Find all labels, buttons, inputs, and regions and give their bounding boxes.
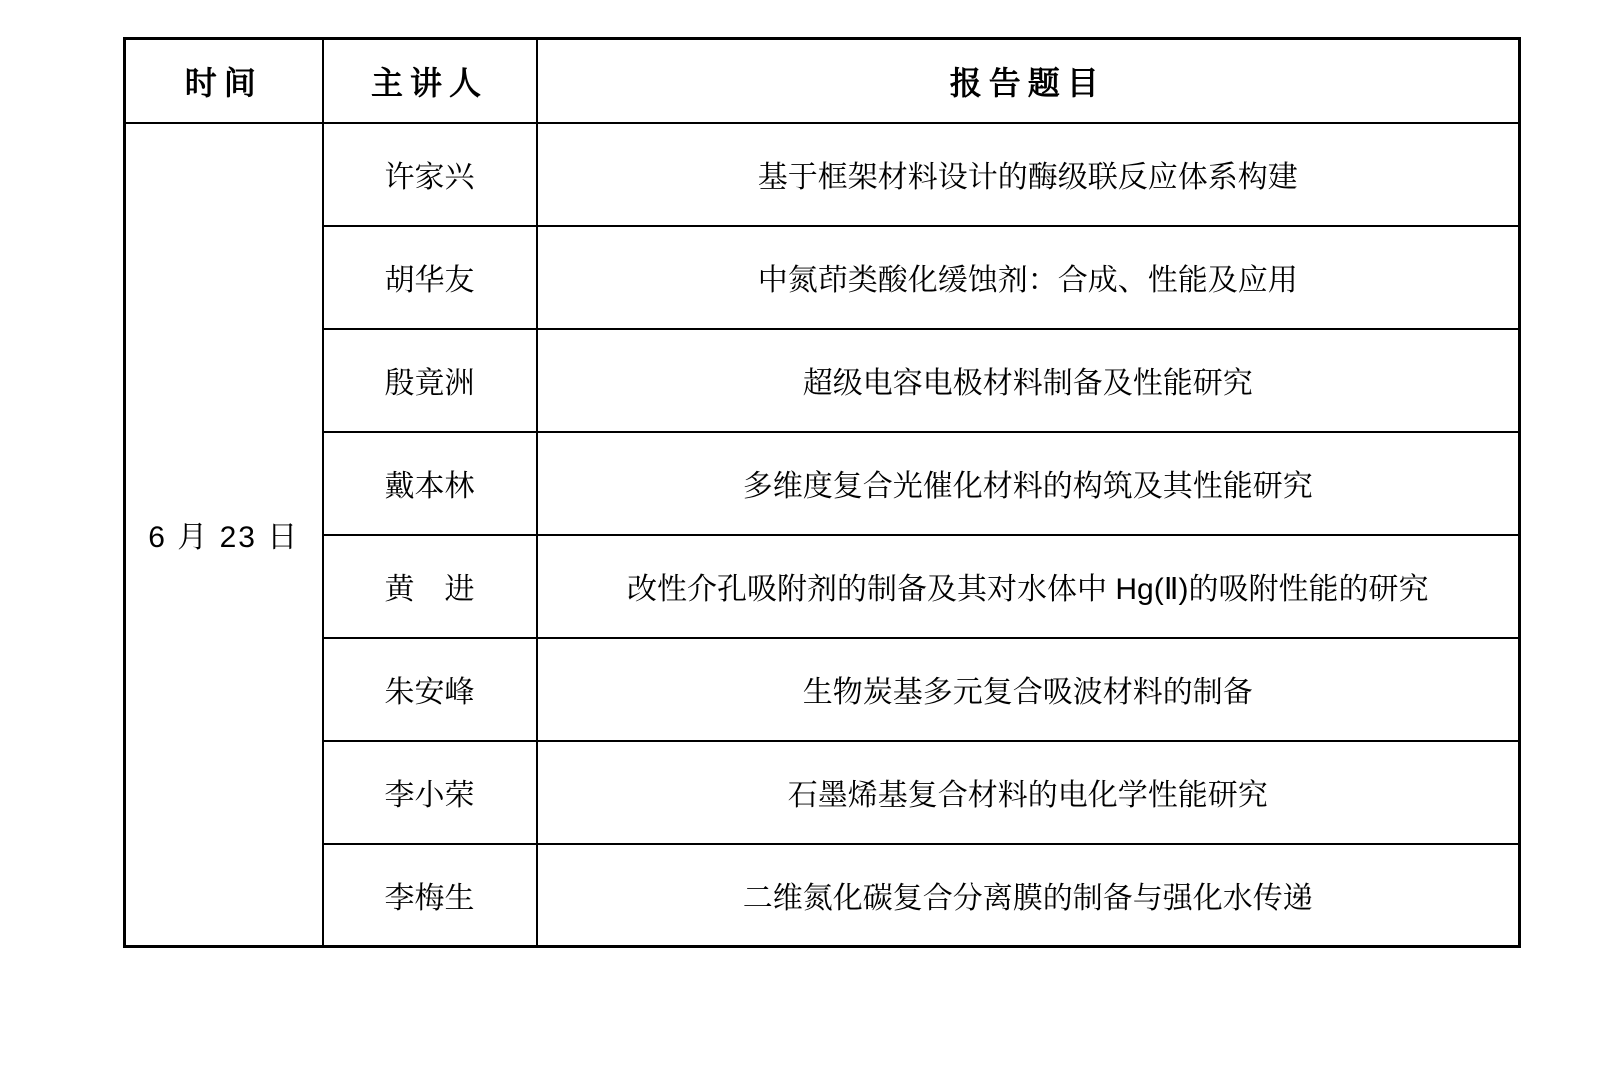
title-cell: 超级电容电极材料制备及性能研究 [537,329,1520,432]
title-cell: 多维度复合光催化材料的构筑及其性能研究 [537,432,1520,535]
table-row: 殷竟洲 超级电容电极材料制备及性能研究 [125,329,1520,432]
header-title: 报告题目 [537,39,1520,123]
speaker-cell: 许家兴 [323,123,537,226]
speaker-cell: 黄 进 [323,535,537,638]
table-row: 胡华友 中氮茚类酸化缓蚀剂：合成、性能及应用 [125,226,1520,329]
table-row: 李梅生 二维氮化碳复合分离膜的制备与强化水传递 [125,844,1520,947]
table-row: 李小荣 石墨烯基复合材料的电化学性能研究 [125,741,1520,844]
speaker-cell: 李小荣 [323,741,537,844]
title-cell: 中氮茚类酸化缓蚀剂：合成、性能及应用 [537,226,1520,329]
table-row: 黄 进 改性介孔吸附剂的制备及其对水体中 Hg(Ⅱ)的吸附性能的研究 [125,535,1520,638]
speaker-cell: 戴本林 [323,432,537,535]
title-cell: 生物炭基多元复合吸波材料的制备 [537,638,1520,741]
table-row: 朱安峰 生物炭基多元复合吸波材料的制备 [125,638,1520,741]
table-header-row: 时间 主讲人 报告题目 [125,39,1520,123]
title-cell: 石墨烯基复合材料的电化学性能研究 [537,741,1520,844]
speaker-cell: 殷竟洲 [323,329,537,432]
header-time: 时间 [125,39,323,123]
speaker-cell: 朱安峰 [323,638,537,741]
title-cell: 改性介孔吸附剂的制备及其对水体中 Hg(Ⅱ)的吸附性能的研究 [537,535,1520,638]
title-cell: 基于框架材料设计的酶级联反应体系构建 [537,123,1520,226]
table-row: 6 月 23 日 许家兴 基于框架材料设计的酶级联反应体系构建 [125,123,1520,226]
speaker-cell: 李梅生 [323,844,537,947]
header-speaker: 主讲人 [323,39,537,123]
document-page: 时间 主讲人 报告题目 6 月 23 日 许家兴 基于框架材料设计的酶级联反应体… [0,0,1619,1083]
speaker-cell: 胡华友 [323,226,537,329]
table-row: 戴本林 多维度复合光催化材料的构筑及其性能研究 [125,432,1520,535]
title-cell: 二维氮化碳复合分离膜的制备与强化水传递 [537,844,1520,947]
date-cell: 6 月 23 日 [125,123,323,947]
schedule-table: 时间 主讲人 报告题目 6 月 23 日 许家兴 基于框架材料设计的酶级联反应体… [123,37,1521,948]
